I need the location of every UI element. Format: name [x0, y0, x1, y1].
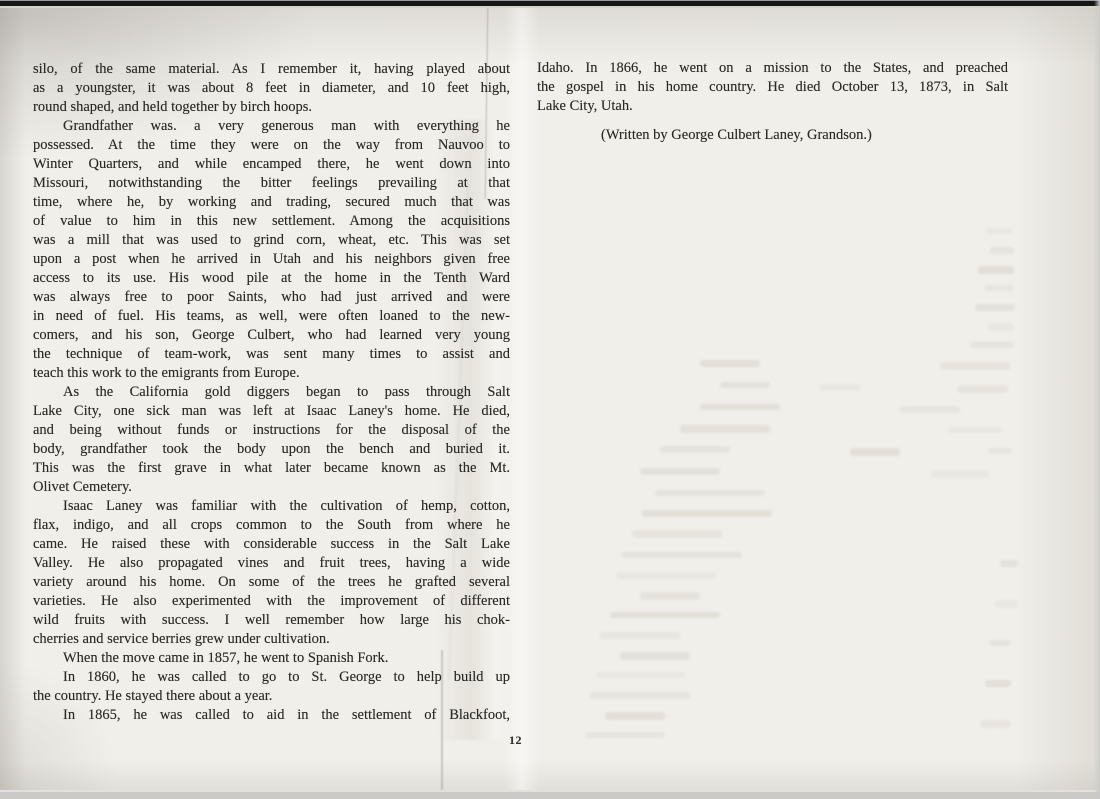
text-line: came. He raised these with considerable …	[33, 535, 510, 554]
bleedthrough-mark	[700, 404, 780, 410]
bleedthrough-mark	[596, 672, 686, 678]
bleedthrough-mark	[988, 448, 1012, 454]
text-line: Isaac Laney was familiar with the cultiv…	[33, 497, 510, 516]
bleedthrough-mark	[640, 592, 700, 600]
text-line: was always free to poor Saints, who had …	[33, 288, 510, 307]
text-line: was a mill that was used to grind corn, …	[33, 231, 510, 250]
bleedthrough-mark	[900, 406, 960, 413]
bleedthrough-mark	[660, 446, 730, 453]
bleedthrough-mark	[984, 285, 1014, 291]
scan-bottom-edge	[0, 790, 1100, 799]
text-line: time, where he, by working and trading, …	[33, 193, 510, 212]
bleedthrough-mark	[970, 342, 1014, 348]
text-line: This was the first grave in what later b…	[33, 459, 510, 478]
bottom-shadow	[0, 760, 1100, 790]
bleedthrough-mark	[605, 712, 665, 720]
text-line: cherries and service berries grew under …	[33, 630, 510, 649]
bleedthrough-mark	[820, 384, 860, 391]
text-line: Lake City, one sick man was left at Isaa…	[33, 402, 510, 421]
bleedthrough-mark	[990, 640, 1010, 646]
text-line: When the move came in 1857, he went to S…	[33, 649, 510, 668]
text-line: round shaped, and held together by birch…	[33, 98, 510, 117]
text-line: wild fruits with success. I well remembe…	[33, 611, 510, 630]
text-line: the gospel in his home country. He died …	[537, 78, 1008, 97]
text-line: In 1865, he was called to aid in the set…	[33, 706, 510, 725]
text-line: Valley. He also propagated vines and fru…	[33, 554, 510, 573]
text-line: Olivet Cemetery.	[33, 478, 510, 497]
bleedthrough-mark	[988, 323, 1014, 331]
text-line: teach this work to the emigrants from Eu…	[33, 364, 510, 383]
bleedthrough-mark	[980, 720, 1010, 728]
page-number: 12	[509, 733, 522, 748]
bleedthrough-mark	[930, 470, 990, 478]
text-line: Missouri, notwithstanding the bitter fee…	[33, 174, 510, 193]
text-line: In 1860, he was called to go to St. Geor…	[33, 668, 510, 687]
text-line: the country. He stayed there about a yea…	[33, 687, 510, 706]
bleedthrough-mark	[700, 360, 760, 367]
bleedthrough-mark	[616, 572, 716, 579]
bleedthrough-mark	[948, 427, 1003, 433]
text-line: comers, and his son, George Culbert, who…	[33, 326, 510, 345]
text-line: body, grandfather took the body upon the…	[33, 440, 510, 459]
bleedthrough-mark	[590, 692, 690, 699]
bleedthrough-mark	[585, 732, 665, 738]
bleedthrough-mark	[720, 382, 770, 388]
text-line: and being without funds or instructions …	[33, 421, 510, 440]
bleedthrough-mark	[958, 385, 1008, 393]
text-line: Grandfather was. a very generous man wit…	[33, 117, 510, 136]
text-line: Idaho. In 1866, he went on a mission to …	[537, 59, 1008, 78]
left-page-text: silo, of the same material. As I remembe…	[33, 60, 510, 725]
text-line: the technique of team-work, was sent man…	[33, 345, 510, 364]
bleedthrough-mark	[620, 652, 690, 660]
text-line: of value to him in this new settlement. …	[33, 212, 510, 231]
text-line: varieties. He also experimented with the…	[33, 592, 510, 611]
bleedthrough-mark	[610, 612, 720, 618]
bleedthrough-mark	[640, 468, 720, 475]
text-line: (Written by George Culbert Laney, Grands…	[601, 126, 1008, 145]
text-line: Lake City, Utah.	[537, 97, 1008, 116]
bleedthrough-mark	[642, 510, 772, 517]
scan-top-edge	[0, 0, 1100, 8]
text-line: variety around his home. On some of the …	[33, 573, 510, 592]
bleedthrough-mark	[655, 490, 765, 496]
text-line: access to its use. His wood pile at the …	[33, 269, 510, 288]
bleedthrough-mark	[985, 228, 1013, 234]
bleedthrough-mark	[622, 552, 742, 558]
text-line: As the California gold diggers began to …	[33, 383, 510, 402]
bleedthrough-mark	[850, 448, 900, 456]
bleedthrough-mark	[975, 304, 1015, 311]
text-line: flax, indigo, and all crops common to th…	[33, 516, 510, 535]
right-page-shadow	[1015, 0, 1097, 799]
text-line: silo, of the same material. As I remembe…	[33, 60, 510, 79]
right-page-text: Idaho. In 1866, he went on a mission to …	[537, 59, 1008, 145]
bleedthrough-mark	[632, 530, 722, 538]
bleedthrough-mark	[990, 247, 1014, 254]
bleedthrough-mark	[985, 680, 1011, 687]
bleedthrough-mark	[680, 425, 770, 433]
text-line: possessed. At the time they were on the …	[33, 136, 510, 155]
text-line: upon a post when he arrived in Utah and …	[33, 250, 510, 269]
book-scan: silo, of the same material. As I remembe…	[0, 0, 1100, 799]
text-line: Winter Quarters, and while encamped ther…	[33, 155, 510, 174]
bleedthrough-mark	[940, 362, 1010, 370]
scan-right-edge	[1094, 0, 1100, 799]
text-line: in need of fuel. His teams, as well, wer…	[33, 307, 510, 326]
bleedthrough-mark	[995, 600, 1017, 608]
bleedthrough-mark	[600, 632, 680, 639]
bleedthrough-mark	[978, 266, 1014, 274]
text-line: as a youngster, it was about 8 feet in d…	[33, 79, 510, 98]
